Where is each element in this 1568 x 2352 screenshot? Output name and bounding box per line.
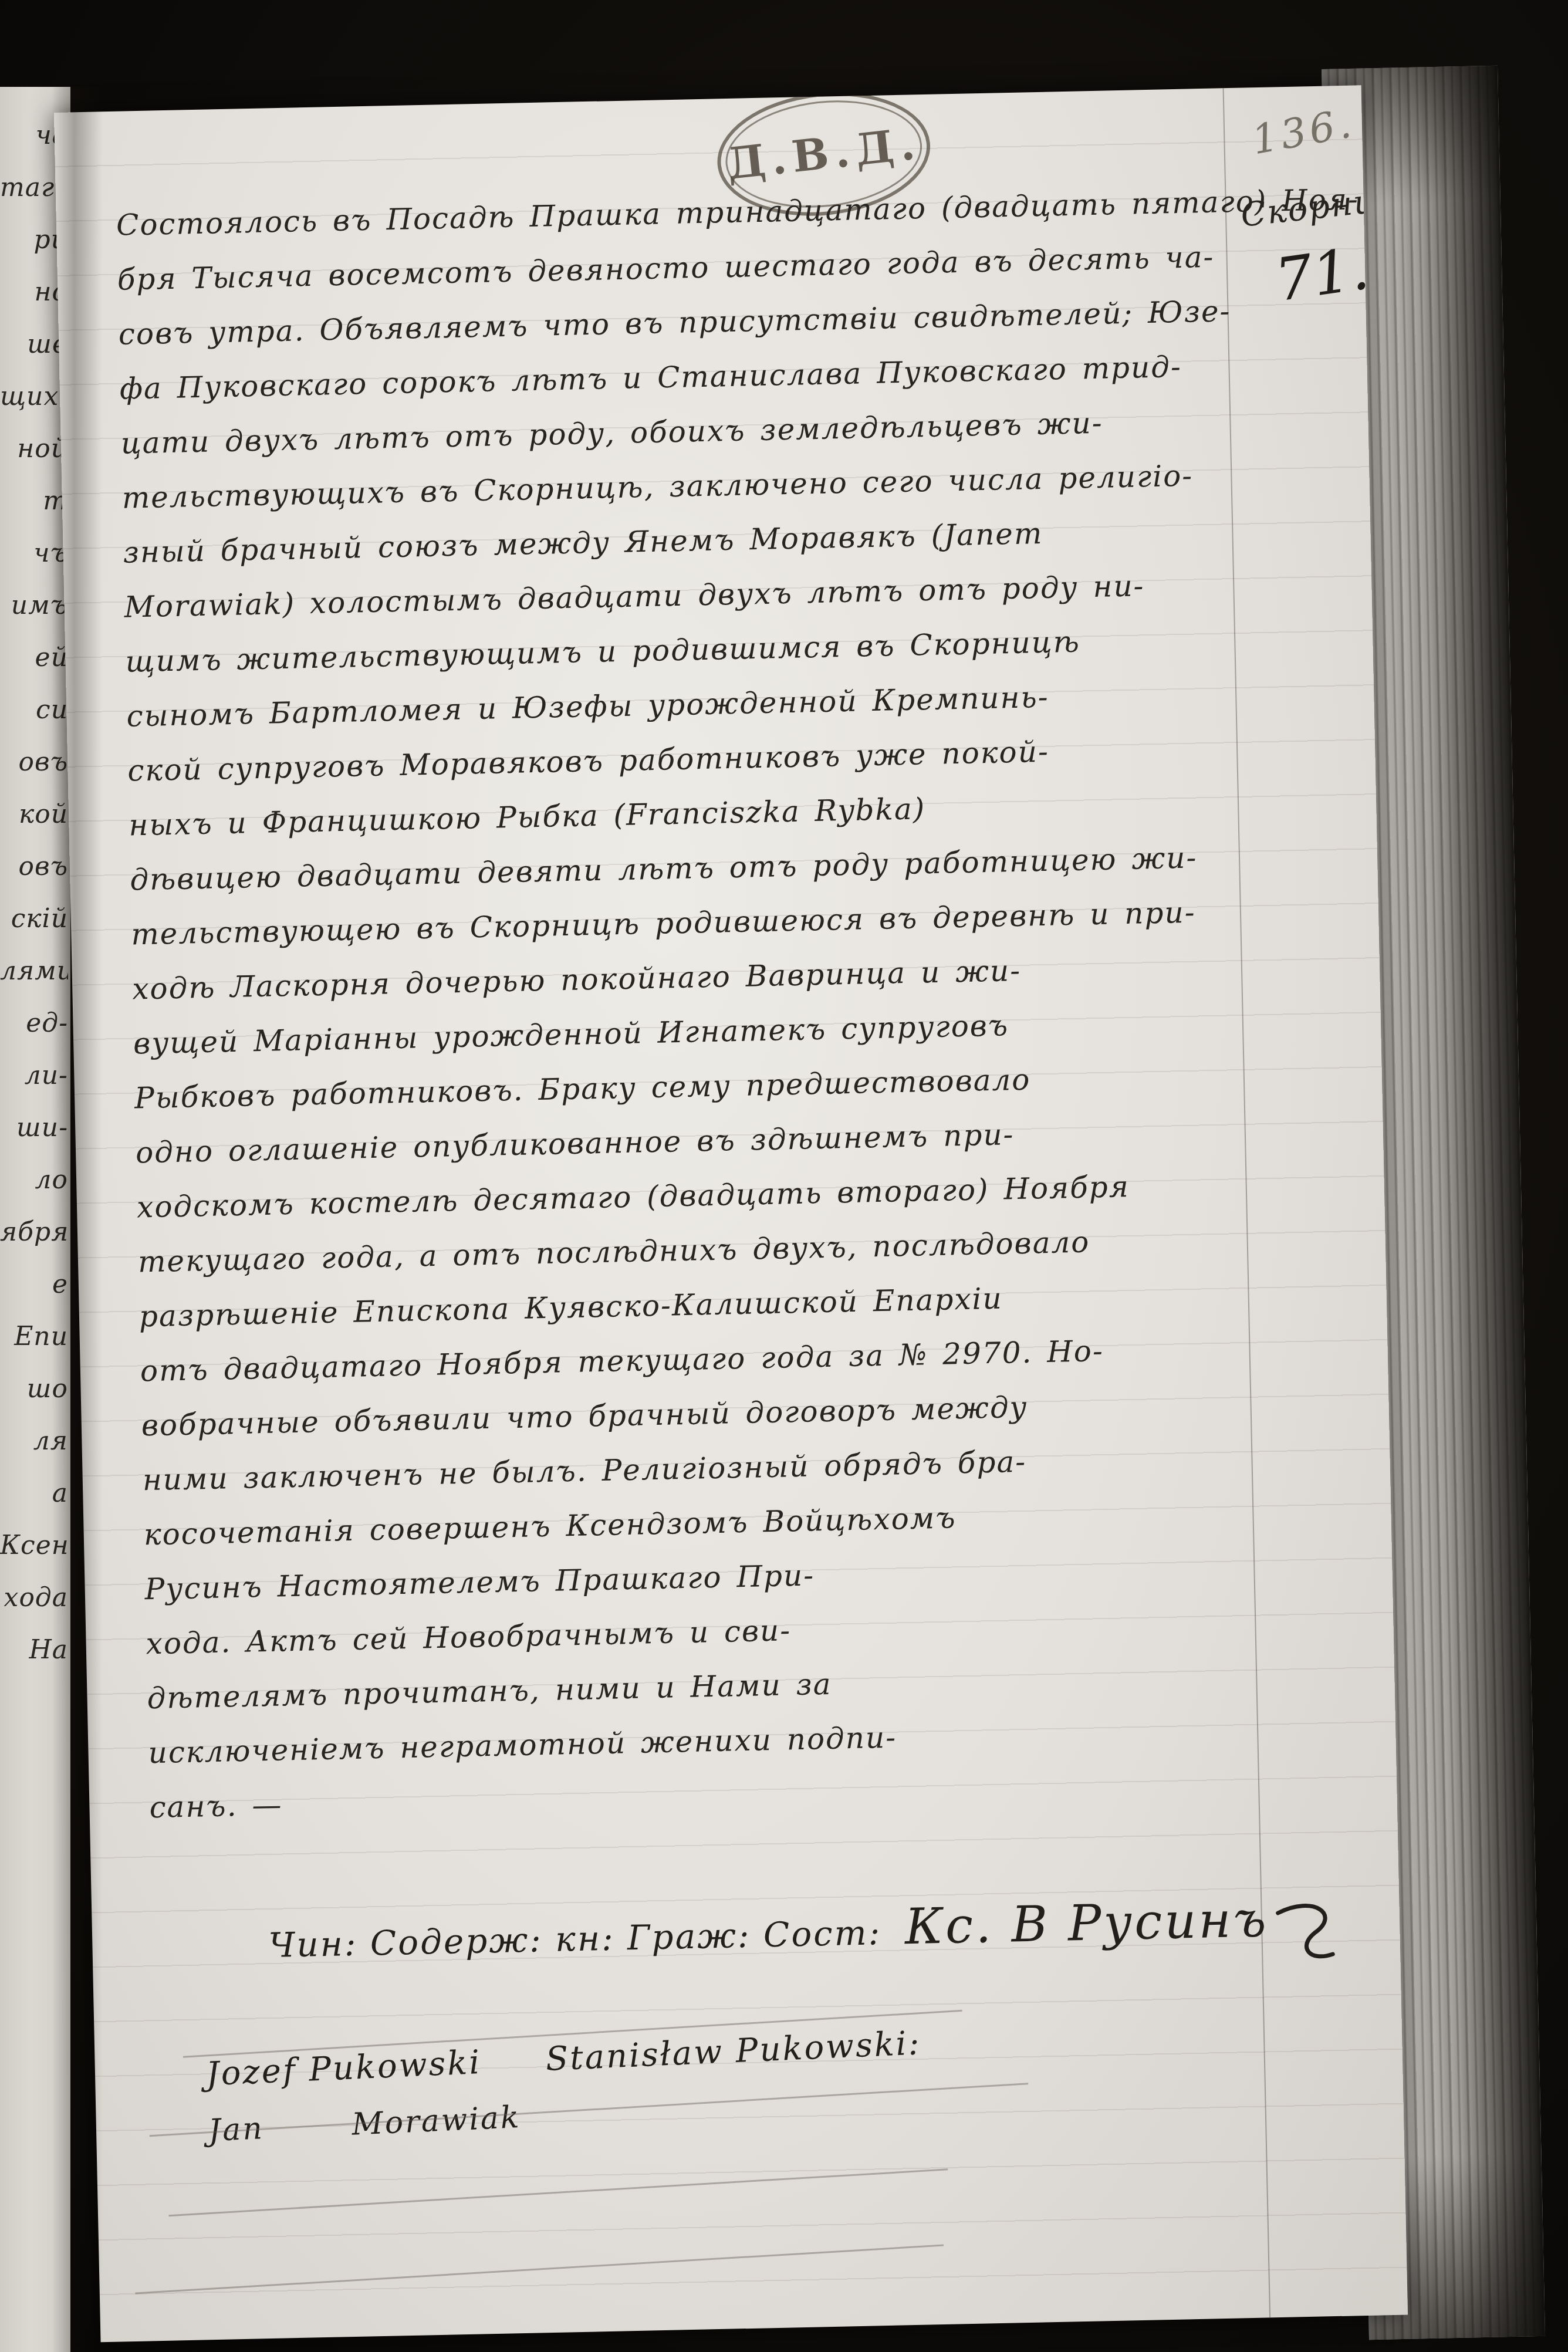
fragment: имъ [0,579,68,631]
fragment: ед- [0,997,68,1049]
fragment: ей [0,631,68,684]
act-number: 71. [1271,234,1373,315]
fragment: ября [0,1206,68,1258]
fragment: ло [0,1154,68,1206]
fragment: На [0,1624,68,1676]
party-signatures: Jozef PukowskiStanisław Pukowski: JanMor… [205,2021,989,2148]
fragment: ля [0,1415,68,1467]
clerk-attestation-row: Чин: Содерж: кн: Граж: Сост:Кс. В Русинъ [268,1889,1344,1987]
fragment: ше [0,318,68,370]
fragment: овъ [0,840,68,893]
fragment: лями [0,945,68,997]
clerk-attestation-label: Чин: Содерж: кн: Граж: Сост: [268,1912,882,1965]
fragment: си [0,684,68,736]
fragment: ши- [0,1101,68,1154]
register-page: 136. Д.В.Д. Скорница 71. Состоялось въ П… [54,85,1408,2342]
fragment: чъ [0,527,68,579]
fragment: е [0,1258,68,1310]
signature-flourish [1273,1900,1344,1965]
fragment: овъ [0,736,68,788]
fragment: Епи [0,1310,68,1363]
fragment: ли- [0,1049,68,1101]
fragment: кой [0,788,68,840]
witness-signature-jozef-pukowski: Jozef Pukowski [205,2043,482,2093]
pencil-page-number: 136. [1249,100,1359,164]
fragment: хода [0,1572,68,1624]
facing-page-text-fragments: ча таго ри но ше щихъ ной т чъ имъ ей си… [0,109,68,1676]
clerk-signature: Кс. В Русинъ [904,1890,1269,1955]
fragment: скій [0,893,68,945]
fragment: а [0,1467,68,1519]
fragment: ной [0,423,68,475]
groom-signature-row: JanMorawiak [208,2079,989,2148]
fragment: щихъ [0,370,68,423]
facing-page-edge: ча таго ри но ше щихъ ной т чъ имъ ей си… [0,87,70,2352]
fragment: т [0,475,68,527]
photographed-register-book: { "page": { "pencil_page_number": "136."… [0,0,1568,2352]
marriage-record-text: Состоялось въ Посадѣ Прашка тринадцатаго… [116,174,1312,1835]
fragment: шо [0,1363,68,1415]
fragment: Ксен [0,1519,68,1572]
pencil-guide-line [168,2168,948,2216]
pencil-guide-line [135,2245,944,2294]
